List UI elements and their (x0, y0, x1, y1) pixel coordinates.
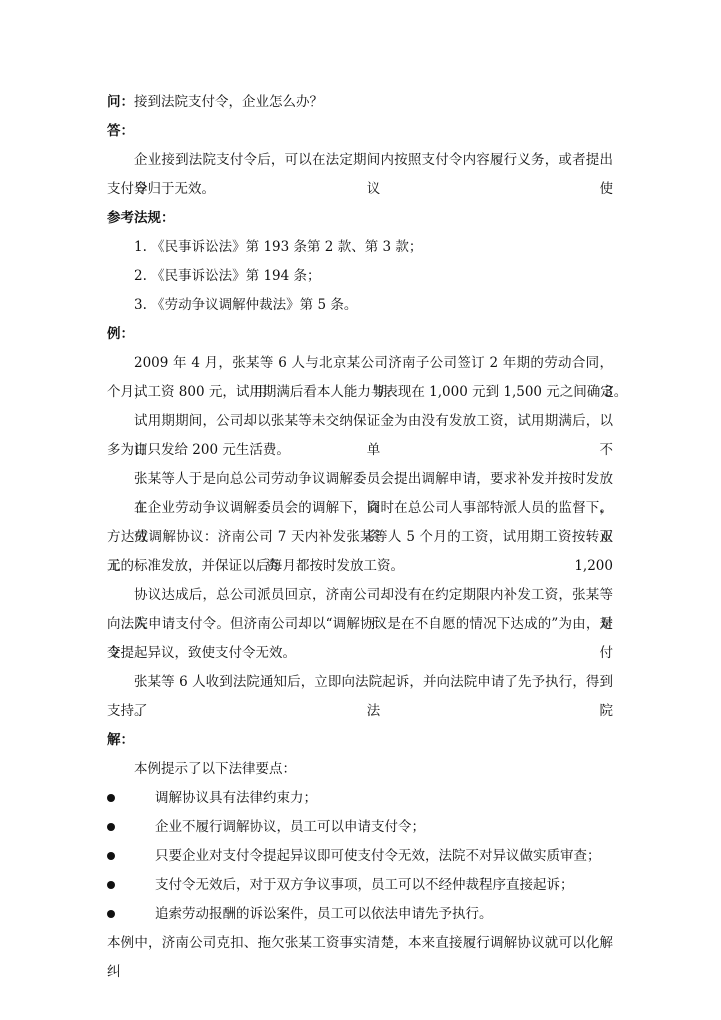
question-label: 问： (107, 94, 134, 110)
solution-closing: 本例中，济南公司克扣、拖欠张某工资事实清楚，本来直接履行调解协议就可以化解纠 (107, 929, 613, 958)
example-p6-line-1: 张某等 6 人收到法院通知后，立即向法院起诉，并向法院申请了先予执行，得到了法院 (107, 668, 613, 697)
example-label: 例： (107, 320, 613, 349)
example-p1-line-2: 个月，工资 800 元，试用期满后看本人能力与表现在 1,000 元到 1,50… (107, 378, 613, 407)
bullet-dot-icon (107, 852, 115, 860)
example-p4-line-2: 方达成调解协议：济南公司 7 天内补发张某等人 5 个月的工资，试用期工资按转正… (107, 523, 613, 552)
bullet-dot-icon (107, 910, 115, 918)
solution-intro: 本例提示了以下法律要点： (107, 755, 613, 784)
bullet-text: 只要企业对支付令提起异议即可使支付令无效，法院不对异议做实质审查； (155, 848, 601, 864)
bullet-item: 支付令无效后，对于双方争议事项，员工可以不经仲裁程序直接起诉； (107, 871, 613, 900)
example-p3-line-1: 张某等人于是向总公司劳动争议调解委员会提出调解申请，要求补发并按时发放工资。 (107, 465, 613, 494)
bullet-item: 只要企业对支付令提起异议即可使支付令无效，法院不对异议做实质审查； (107, 842, 613, 871)
example-p5-line-2: 向法院申请支付令。但济南公司却以“调解协议是在不自愿的情况下达成的”为由，对支付 (107, 610, 613, 639)
reference-item: 1. 《民事诉讼法》第 193 条第 2 款、第 3 款； (107, 233, 613, 262)
bullet-item: 调解协议具有法律约束力； (107, 784, 613, 813)
bullet-text: 支付令无效后，对于双方争议事项，员工可以不经仲裁程序直接起诉； (155, 877, 574, 893)
reference-item: 3. 《劳动争议调解仲裁法》第 5 条。 (107, 291, 613, 320)
reference-item: 2. 《民事诉讼法》第 194 条； (107, 262, 613, 291)
bullet-item: 追索劳动报酬的诉讼案件，员工可以依法申请先予执行。 (107, 900, 613, 929)
bullet-dot-icon (107, 823, 115, 831)
bullet-text: 调解协议具有法律约束力； (155, 790, 317, 806)
references-label: 参考法规： (107, 204, 613, 233)
bullet-text: 追索劳动报酬的诉讼案件，员工可以依法申请先予执行。 (155, 906, 493, 922)
bullet-dot-icon (107, 794, 115, 802)
solution-label: 解： (107, 726, 613, 755)
question-line: 问：接到法院支付令，企业怎么办？ (107, 88, 613, 117)
example-p1-line-1: 2009 年 4 月，张某等 6 人与北京某公司济南子公司签订 2 年期的劳动合… (107, 349, 613, 378)
answer-label: 答： (107, 117, 613, 146)
bullet-item: 企业不履行调解协议，员工可以申请支付令； (107, 813, 613, 842)
example-p2-line-1: 试用期期间，公司却以张某等未交纳保证金为由没有发放工资，试用期满后，以订单不 (107, 407, 613, 436)
document-body: 问：接到法院支付令，企业怎么办？ 答： 企业接到法院支付令后，可以在法定期间内按… (107, 88, 613, 958)
answer-line-1: 企业接到法院支付令后，可以在法定期间内按照支付令内容履行义务，或者提出异议使 (107, 146, 613, 175)
document-page: 问：接到法院支付令，企业怎么办？ 答： 企业接到法院支付令后，可以在法定期间内按… (0, 0, 721, 1020)
bullet-dot-icon (107, 881, 115, 889)
question-text: 接到法院支付令，企业怎么办？ (134, 94, 323, 110)
example-p5-line-1: 协议达成后，总公司派员回京，济南公司却没有在约定期限内补发工资，张某等人于是 (107, 581, 613, 610)
example-p4-line-1: 在企业劳动争议调解委员会的调解下，同时在总公司人事部特派人员的监督下，劳资双 (107, 494, 613, 523)
bullet-text: 企业不履行调解协议，员工可以申请支付令； (155, 819, 425, 835)
